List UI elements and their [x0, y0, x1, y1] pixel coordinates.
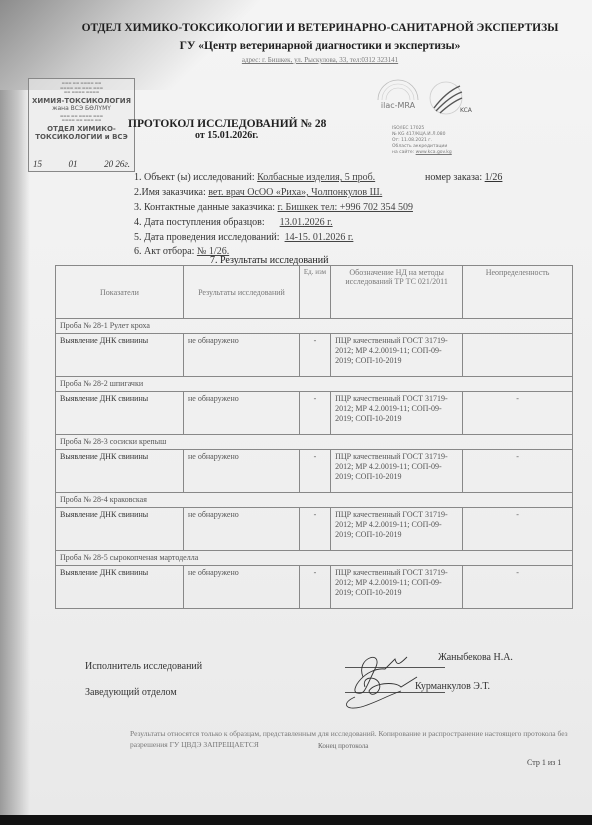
result-cell: не обнаружено	[183, 508, 299, 551]
sample-header-row: Проба № 28-1 Рулет кроха	[56, 319, 573, 334]
sample-header-row: Проба № 28-4 краковская	[56, 493, 573, 508]
indicator-cell: Выявление ДНК свинины	[56, 508, 184, 551]
unit-cell: -	[299, 508, 330, 551]
method-cell: ПЦР качественный ГОСТ 31719-2012; МР 4.2…	[331, 508, 463, 551]
sample-header-row: Проба № 28-3 сосиски крепыш	[56, 435, 573, 450]
info-received-date: 4. Дата поступления образцов: 13.01.2026…	[134, 217, 333, 228]
protocol-title: ПРОТОКОЛ ИССЛЕДОВАНИЙ № 28	[128, 118, 326, 130]
page-number: Стр 1 из 1	[527, 758, 561, 767]
method-cell: ПЦР качественный ГОСТ 31719-2012; МР 4.2…	[331, 334, 463, 377]
method-cell: ПЦР качественный ГОСТ 31719-2012; МР 4.2…	[331, 450, 463, 493]
uncertainty-cell	[463, 334, 573, 377]
sample-name: Проба № 28-4 краковская	[56, 493, 573, 508]
uncertainty-cell: -	[463, 450, 573, 493]
stamp-fine-print: ▬▬▬ ▬▬ ▬▬▬▬ ▬▬▬▬▬▬▬ ▬▬ ▬▬▬ ▬▬	[29, 112, 134, 125]
info-label: 2.Имя заказчика:	[134, 187, 208, 198]
info-conducted-date: 5. Дата проведения исследований: 14-15. …	[134, 232, 353, 243]
table-row: Выявление ДНК свининыне обнаружено-ПЦР к…	[56, 334, 573, 377]
info-value: 1/26	[485, 172, 503, 183]
info-value: Колбасные изделия, 5 проб.	[257, 172, 375, 183]
unit-cell: -	[299, 392, 330, 435]
sample-header-row: Проба № 28-5 сырокопченая мартоделла	[56, 551, 573, 566]
sample-header-row: Проба № 28-2 шпигачки	[56, 377, 573, 392]
end-of-protocol: Конец протокола	[318, 742, 368, 750]
col-uncertainty: Неопределенность	[463, 266, 573, 319]
executor-name: Жаныбекова Н.А.	[438, 652, 513, 663]
info-order-number: номер заказа: 1/26	[425, 172, 502, 183]
registration-stamp: ▬▬▬ ▬▬ ▬▬▬▬ ▬▬▬▬▬▬ ▬▬ ▬▬▬ ▬▬▬▬▬ ▬▬▬▬ ▬▬▬…	[28, 78, 135, 172]
info-value: г. Бишкек тел: +996 702 354 509	[278, 202, 413, 213]
info-value: вет. врач ОсОО «Риха», Чолпонкулов Ш.	[208, 187, 382, 198]
col-unit: Ед. изм	[299, 266, 330, 319]
table-header-row: Показатели Результаты исследований Ед. и…	[56, 266, 573, 319]
info-label: номер заказа:	[425, 172, 485, 183]
sample-name: Проба № 28-3 сосиски крепыш	[56, 435, 573, 450]
results-table: Показатели Результаты исследований Ед. и…	[55, 265, 573, 609]
sample-name: Проба № 28-2 шпигачки	[56, 377, 573, 392]
svg-text:KCA: KCA	[460, 107, 472, 114]
result-cell: не обнаружено	[183, 334, 299, 377]
info-value: 13.01.2026 г.	[280, 217, 333, 228]
info-object: 1. Объект (ы) исследований: Колбасные из…	[134, 172, 375, 183]
stamp-month: 01	[69, 159, 78, 169]
info-contact: 3. Контактные данные заказчика: г. Бишке…	[134, 202, 413, 213]
indicator-cell: Выявление ДНК свинины	[56, 566, 184, 609]
scan-bottom-edge	[0, 815, 592, 825]
accreditation-site-label: на сайте:	[392, 150, 416, 155]
unit-cell: -	[299, 450, 330, 493]
stamp-line: жана ВСЭ БӨЛҮМҮ	[29, 105, 134, 112]
col-indicator: Показатели	[56, 266, 184, 319]
handwritten-signature-icon	[335, 647, 445, 713]
accreditation-line: на сайте: www.kca.gov.kg	[392, 150, 452, 156]
stamp-day: 15	[33, 159, 42, 169]
protocol-date: от 15.01.2026г.	[195, 130, 258, 141]
method-cell: ПЦР качественный ГОСТ 31719-2012; МР 4.2…	[331, 392, 463, 435]
table-row: Выявление ДНК свининыне обнаружено-ПЦР к…	[56, 392, 573, 435]
stamp-date: 15 01 20 26г.	[33, 159, 130, 169]
indicator-cell: Выявление ДНК свинины	[56, 450, 184, 493]
sample-name: Проба № 28-5 сырокопченая мартоделла	[56, 551, 573, 566]
svg-text:ilac-MRA: ilac-MRA	[381, 101, 416, 110]
stamp-fine-print: ▬▬▬ ▬▬ ▬▬▬▬ ▬▬▬▬▬▬ ▬▬ ▬▬▬ ▬▬▬▬▬ ▬▬▬▬ ▬▬▬…	[29, 79, 134, 97]
head-label: Заведующий отделом	[85, 687, 177, 698]
table-row: Выявление ДНК свининыне обнаружено-ПЦР к…	[56, 508, 573, 551]
result-cell: не обнаружено	[183, 392, 299, 435]
indicator-cell: Выявление ДНК свинины	[56, 334, 184, 377]
info-label: 4. Дата поступления образцов:	[134, 217, 280, 228]
organization-title: ГУ «Центр ветеринарной диагностики и экс…	[80, 40, 560, 52]
stamp-line: ХИМИЯ-ТОКСИКОЛОГИЯ	[29, 97, 134, 105]
accreditation-link[interactable]: www.kca.gov.kg	[416, 150, 452, 155]
col-method: Обозначение НД на методы исследований ТР…	[331, 266, 463, 319]
info-label: 3. Контактные данные заказчика:	[134, 202, 278, 213]
scan-shadow	[0, 0, 30, 815]
department-title: ОТДЕЛ ХИМИКО-ТОКСИКОЛОГИИ И ВЕТЕРИНАРНО-…	[80, 22, 560, 34]
result-cell: не обнаружено	[183, 450, 299, 493]
uncertainty-cell: -	[463, 566, 573, 609]
kca-logo-icon: KCA	[424, 78, 472, 118]
accreditation-info: ISO/IEC 17025 № KG 417/КЦА.И.Л.080 От: 1…	[392, 126, 452, 156]
method-cell: ПЦР качественный ГОСТ 31719-2012; МР 4.2…	[331, 566, 463, 609]
stamp-line: ОТДЕЛ ХИМИКО-	[29, 125, 134, 133]
executor-label: Исполнитель исследований	[85, 661, 202, 672]
stamp-line: ТОКСИКОЛОГИИ и ВСЭ	[29, 133, 134, 141]
uncertainty-cell: -	[463, 392, 573, 435]
organization-address: адрес: г. Бишкек, ул. Рыскулова, 33, тел…	[80, 56, 560, 64]
result-cell: не обнаружено	[183, 566, 299, 609]
info-customer: 2.Имя заказчика: вет. врач ОсОО «Риха», …	[134, 187, 382, 198]
unit-cell: -	[299, 334, 330, 377]
table-row: Выявление ДНК свининыне обнаружено-ПЦР к…	[56, 450, 573, 493]
ilac-mra-logo-icon: ilac-MRA	[370, 78, 426, 114]
col-result: Результаты исследований	[183, 266, 299, 319]
document-page: ОТДЕЛ ХИМИКО-ТОКСИКОЛОГИИ И ВЕТЕРИНАРНО-…	[0, 0, 592, 815]
info-label: 1. Объект (ы) исследований:	[134, 172, 257, 183]
info-value: 14-15. 01.2026 г.	[285, 232, 354, 243]
info-label: 5. Дата проведения исследований:	[134, 232, 285, 243]
unit-cell: -	[299, 566, 330, 609]
uncertainty-cell: -	[463, 508, 573, 551]
table-row: Выявление ДНК свининыне обнаружено-ПЦР к…	[56, 566, 573, 609]
sample-name: Проба № 28-1 Рулет кроха	[56, 319, 573, 334]
stamp-year: 20 26г.	[104, 159, 130, 169]
info-label: 6. Акт отбора:	[134, 246, 197, 257]
indicator-cell: Выявление ДНК свинины	[56, 392, 184, 435]
